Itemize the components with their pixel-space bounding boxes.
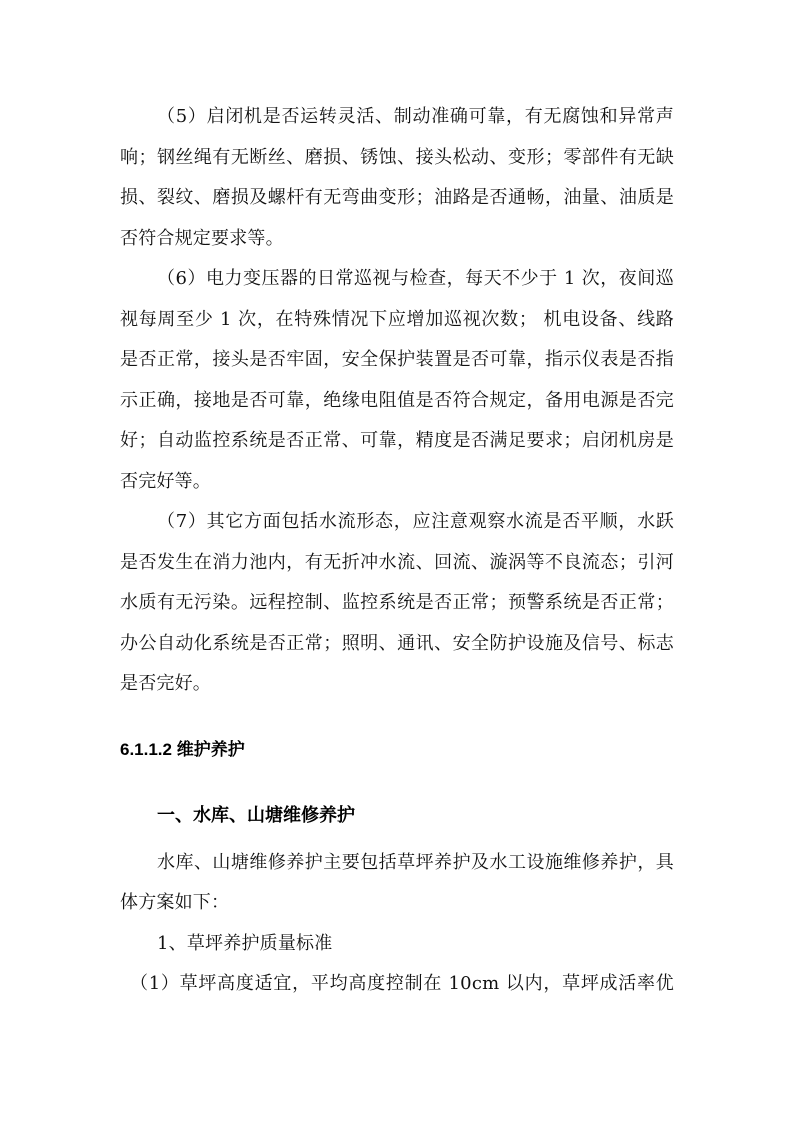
- subsection-heading: 一、水库、山塘维修养护: [120, 795, 674, 835]
- text-line: （5）启闭机是否运转灵活、制动准确可靠，有无腐蚀和异常声: [120, 97, 674, 138]
- text-line: 水库、山塘维修养护主要包括草坪养护及水工设施维修养护，具: [120, 843, 674, 884]
- paragraph-5: （5）启闭机是否运转灵活、制动准确可靠，有无腐蚀和异常声 响；钢丝绳有无断丝、磨…: [120, 97, 674, 259]
- document-page: （5）启闭机是否运转灵活、制动准确可靠，有无腐蚀和异常声 响；钢丝绳有无断丝、磨…: [120, 97, 674, 1005]
- text-line: （7）其它方面包括水流形态，应注意观察水流是否平顺，水跃: [120, 502, 674, 543]
- text-line: 是否正常，接头是否牢固，安全保护装置是否可靠，指示仪表是否指: [120, 340, 674, 381]
- text-line: 示正确，接地是否可靠，绝缘电阻值是否符合规定，备用电源是否完: [120, 381, 674, 422]
- text-line: 视每周至少 1 次，在特殊情况下应增加巡视次数； 机电设备、线路: [120, 300, 674, 341]
- text-line: 办公自动化系统是否正常；照明、通讯、安全防护设施及信号、标志: [120, 624, 674, 665]
- text-line: 是否完好。: [120, 664, 674, 705]
- text-line: 体方案如下：: [120, 883, 674, 924]
- paragraph-7: （7）其它方面包括水流形态，应注意观察水流是否平顺，水跃 是否发生在消力池内，有…: [120, 502, 674, 705]
- spacer: [120, 705, 674, 730]
- item-heading: 1、草坪养护质量标准: [120, 924, 674, 965]
- text-line: 水质有无污染。远程控制、监控系统是否正常；预警系统是否正常；: [120, 583, 674, 624]
- section-heading: 6.1.1.2 维护养护: [120, 730, 674, 770]
- intro-paragraph: 水库、山塘维修养护主要包括草坪养护及水工设施维修养护，具 体方案如下：: [120, 843, 674, 924]
- text-line: 好；自动监控系统是否正常、可靠，精度是否满足要求；启闭机房是: [120, 421, 674, 462]
- text-line: 否完好等。: [120, 462, 674, 503]
- text-line: （1）草坪高度适宜，平均高度控制在 10cm 以内，草坪成活率优: [120, 964, 674, 1005]
- paragraph-6: （6）电力变压器的日常巡视与检查，每天不少于 1 次，夜间巡 视每周至少 1 次…: [120, 259, 674, 502]
- spacer: [120, 770, 674, 795]
- text-line: 损、裂纹、磨损及螺杆有无弯曲变形；油路是否通畅，油量、油质是: [120, 178, 674, 219]
- spacer: [120, 835, 674, 843]
- text-line: 否符合规定要求等。: [120, 219, 674, 260]
- text-line: （6）电力变压器的日常巡视与检查，每天不少于 1 次，夜间巡: [120, 259, 674, 300]
- text-line: 是否发生在消力池内，有无折冲水流、回流、漩涡等不良流态；引河: [120, 543, 674, 584]
- text-line: 响；钢丝绳有无断丝、磨损、锈蚀、接头松动、变形；零部件有无缺: [120, 138, 674, 179]
